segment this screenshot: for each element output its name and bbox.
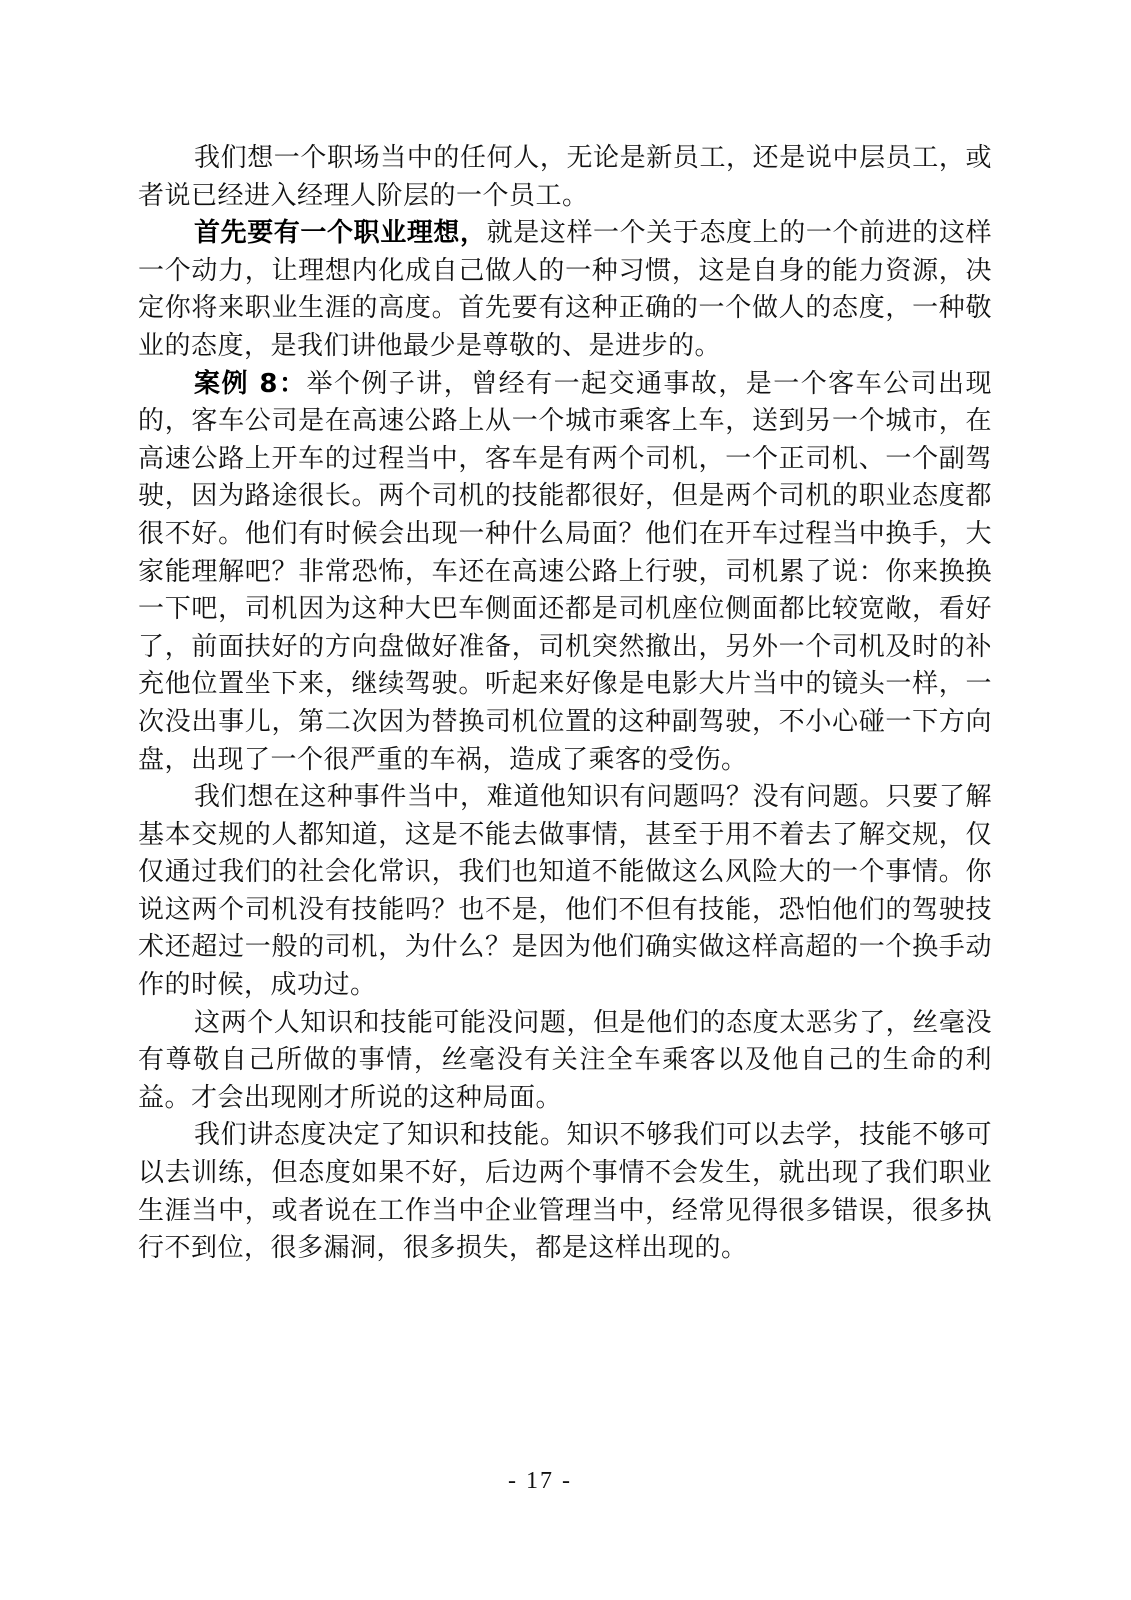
paragraph-5: 这两个人知识和技能可能没问题，但是他们的态度太恶劣了，丝毫没有尊敬自己所做的事情… bbox=[138, 1005, 992, 1118]
paragraph-text: 举个例子讲，曾经有一起交通事故，是一个客车公司出现的，客车公司是在高速公路上从一… bbox=[138, 369, 992, 775]
paragraph-lead-career-ideal: 首先要有一个职业理想， bbox=[194, 218, 487, 248]
paragraph-text: 我们想在这种事件当中，难道他知识有问题吗？没有问题。只要了解基本交规的人都知道，… bbox=[138, 782, 992, 1000]
document-page: 我们想一个职场当中的任何人，无论是新员工，还是说中层员工，或者说已经进入经理人阶… bbox=[0, 0, 1131, 1600]
paragraph-2: 首先要有一个职业理想，就是这样一个关于态度上的一个前进的这样一个动力，让理想内化… bbox=[138, 215, 992, 365]
paragraph-1: 我们想一个职场当中的任何人，无论是新员工，还是说中层员工，或者说已经进入经理人阶… bbox=[138, 140, 992, 215]
paragraph-lead-case-8: 案例 8： bbox=[194, 369, 306, 399]
body-text: 我们想一个职场当中的任何人，无论是新员工，还是说中层员工，或者说已经进入经理人阶… bbox=[138, 140, 992, 1268]
paragraph-6: 我们讲态度决定了知识和技能。知识不够我们可以去学，技能不够可以去训练，但态度如果… bbox=[138, 1117, 992, 1267]
paragraph-text: 我们讲态度决定了知识和技能。知识不够我们可以去学，技能不够可以去训练，但态度如果… bbox=[138, 1120, 992, 1263]
paragraph-4: 我们想在这种事件当中，难道他知识有问题吗？没有问题。只要了解基本交规的人都知道，… bbox=[138, 779, 992, 1005]
page-number: - 17 - bbox=[0, 1468, 1080, 1495]
paragraph-3: 案例 8：举个例子讲，曾经有一起交通事故，是一个客车公司出现的，客车公司是在高速… bbox=[138, 366, 992, 780]
paragraph-text: 我们想一个职场当中的任何人，无论是新员工，还是说中层员工，或者说已经进入经理人阶… bbox=[138, 143, 992, 211]
paragraph-text: 这两个人知识和技能可能没问题，但是他们的态度太恶劣了，丝毫没有尊敬自己所做的事情… bbox=[138, 1008, 992, 1113]
